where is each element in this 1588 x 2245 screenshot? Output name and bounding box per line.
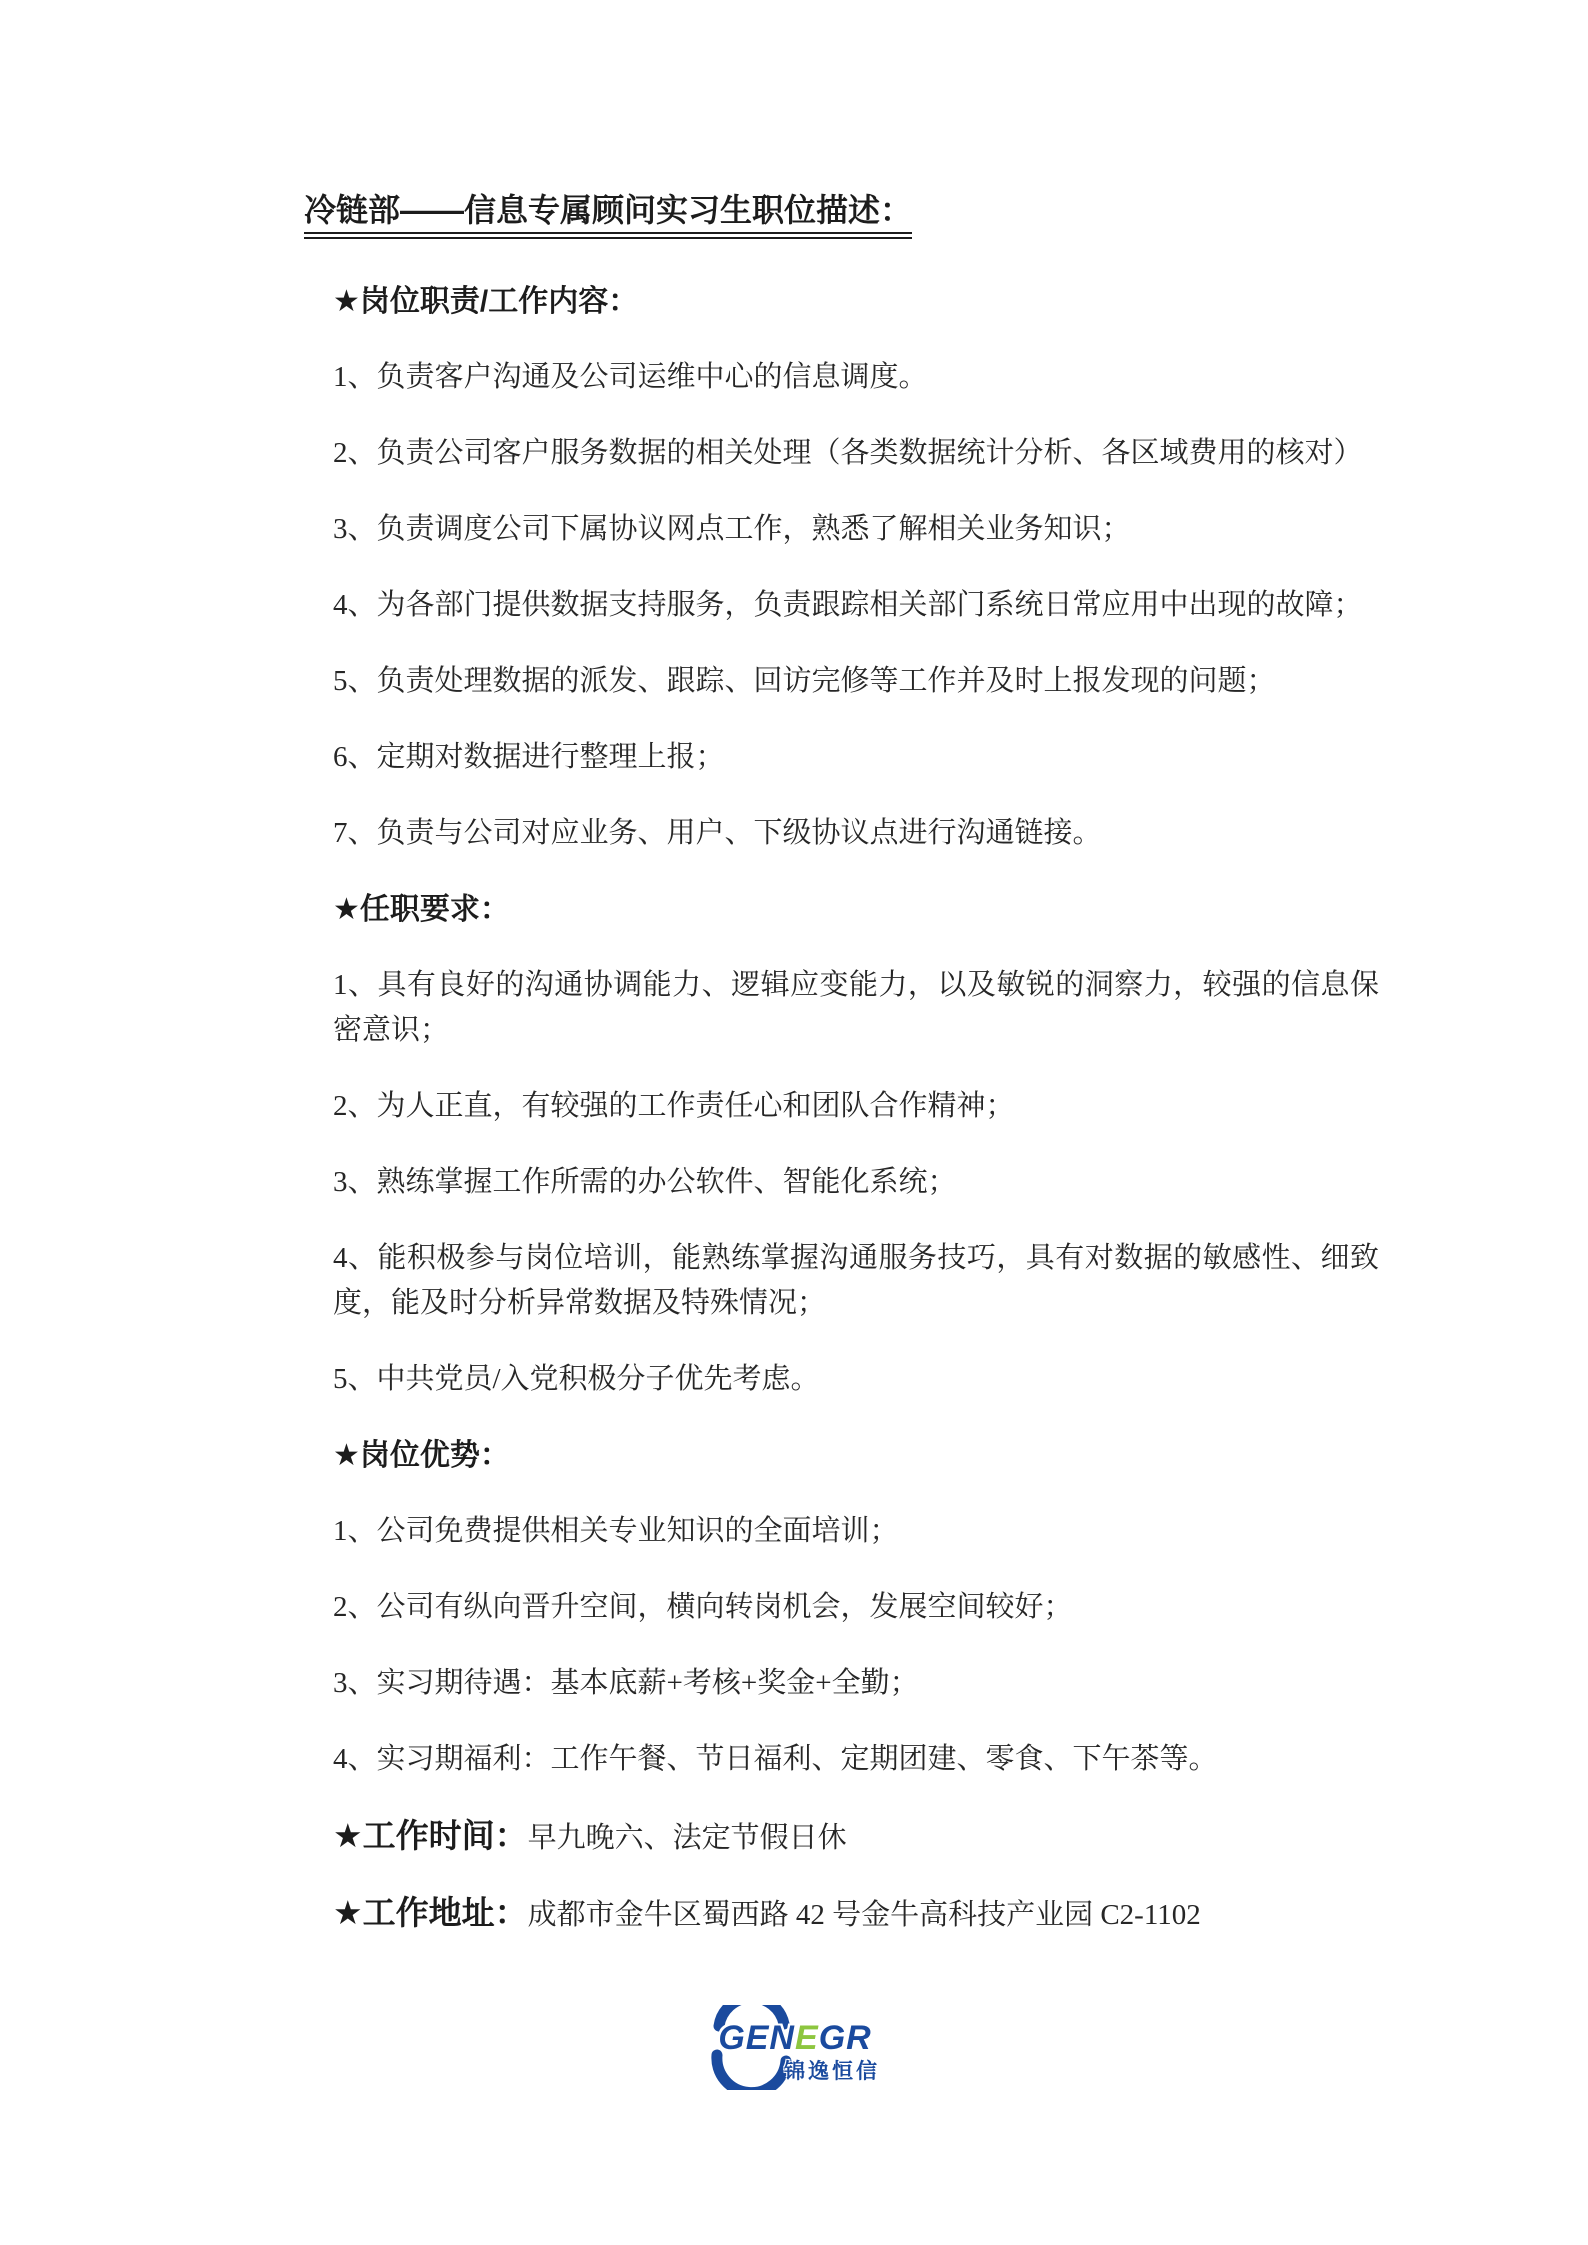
document-page: 冷链部——信息专属顾问实习生职位描述： ★岗位职责/工作内容： 1、负责客户沟通… [0,0,1588,2245]
advantage-item: 3、实习期待遇：基本底薪+考核+奖金+全勤； [333,1661,1379,1706]
section-advantages: ★岗位优势： 1、公司免费提供相关专业知识的全面培训； 2、公司有纵向晋升空间，… [333,1433,1379,1782]
section-heading-advantages: ★岗位优势： [333,1433,1379,1478]
advantage-item: 2、公司有纵向晋升空间，横向转岗机会，发展空间较好； [333,1585,1379,1630]
work-address-value: 成都市金牛区蜀西路 42 号金牛高科技产业园 C2-1102 [528,1899,1201,1931]
logo-chinese-name: 锦逸恒信 [784,2055,880,2085]
requirement-item: 3、熟练掌握工作所需的办公软件、智能化系统； [333,1160,1379,1205]
logo-brand-text: GENEGR [698,2019,892,2058]
responsibility-item: 5、负责处理数据的派发、跟踪、回访完修等工作并及时上报发现的问题； [333,659,1379,704]
requirement-item: 1、具有良好的沟通协调能力、逻辑应变能力，以及敏锐的洞察力，较强的信息保密意识； [333,963,1379,1053]
work-time-line: ★工作时间：早九晚六、法定节假日休 [333,1813,1379,1861]
responsibility-item: 4、为各部门提供数据支持服务，负责跟踪相关部门系统日常应用中出现的故障； [333,583,1379,628]
section-responsibilities: ★岗位职责/工作内容： 1、负责客户沟通及公司运维中心的信息调度。 2、负责公司… [333,279,1379,856]
requirement-item: 2、为人正直，有较强的工作责任心和团队合作精神； [333,1084,1379,1129]
responsibility-item: 2、负责公司客户服务数据的相关处理（各类数据统计分析、各区域费用的核对） [333,431,1379,476]
work-address-line: ★工作地址：成都市金牛区蜀西路 42 号金牛高科技产业园 C2-1102 [333,1890,1379,1938]
section-heading-responsibilities: ★岗位职责/工作内容： [333,279,1379,324]
work-time-value: 早九晚六、法定节假日休 [528,1822,847,1854]
responsibility-item: 6、定期对数据进行整理上报； [333,735,1379,780]
responsibility-item: 3、负责调度公司下属协议网点工作，熟悉了解相关业务知识； [333,507,1379,552]
requirement-item: 4、能积极参与岗位培训，能熟练掌握沟通服务技巧，具有对数据的敏感性、细致度，能及… [333,1236,1379,1326]
advantage-item: 1、公司免费提供相关专业知识的全面培训； [333,1509,1379,1554]
section-requirements: ★任职要求： 1、具有良好的沟通协调能力、逻辑应变能力，以及敏锐的洞察力，较强的… [333,887,1379,1402]
advantage-item: 4、实习期福利：工作午餐、节日福利、定期团建、零食、下午茶等。 [333,1737,1379,1782]
page-title: 冷链部——信息专属顾问实习生职位描述： [304,193,912,239]
company-logo: GENEGR 锦逸恒信 [696,2005,892,2090]
responsibility-item: 1、负责客户沟通及公司运维中心的信息调度。 [333,355,1379,400]
section-heading-requirements: ★任职要求： [333,887,1379,932]
responsibility-item: 7、负责与公司对应业务、用户、下级协议点进行沟通链接。 [333,811,1379,856]
logo-brand-suffix: GR [819,2019,872,2057]
logo-brand-prefix: GEN [718,2019,795,2057]
work-address-label: ★工作地址： [333,1894,528,1931]
footer-logo-strip: GENEGR 锦逸恒信 [0,2005,1588,2098]
work-time-label: ★工作时间： [333,1817,528,1854]
requirement-item: 5、中共党员/入党积极分子优先考虑。 [333,1357,1379,1402]
logo-brand-green-letter: E [795,2019,819,2057]
